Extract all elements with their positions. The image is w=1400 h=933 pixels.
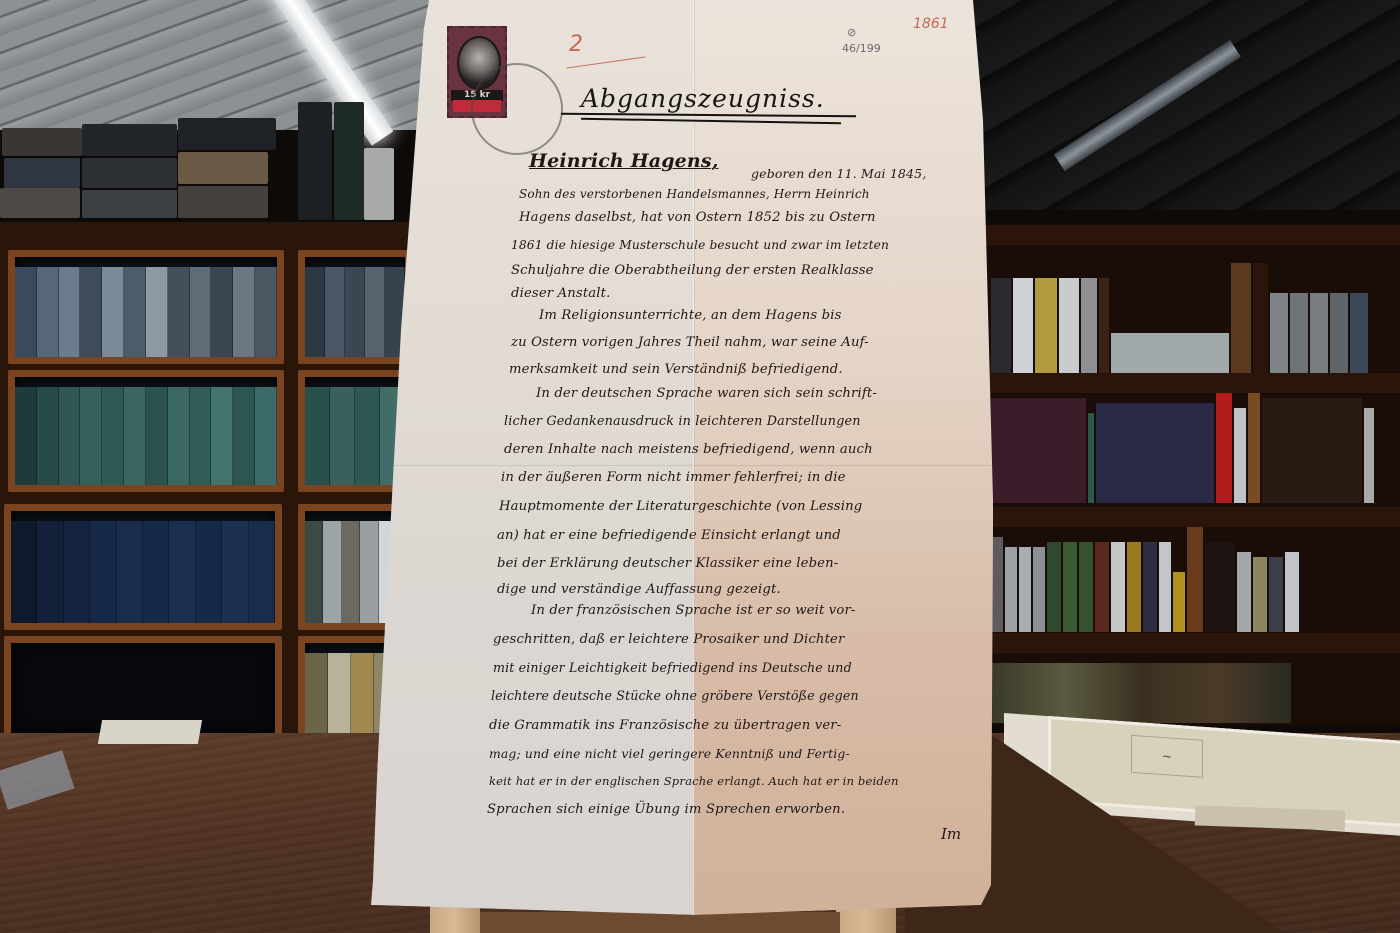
text-line: In der französischen Sprache ist er so w… [531,603,856,618]
folder-label: ~ [1131,735,1203,778]
text-line: Schuljahre die Oberabtheilung der ersten… [511,263,874,278]
text-line: die Grammatik ins Französische zu übertr… [489,718,841,733]
bookcase-cell [8,250,284,364]
text-line: dige und verständige Auffassung gezeigt. [497,582,781,597]
text-line: bei der Erklärung deutscher Klassiker ei… [497,556,838,571]
paper-stack [98,720,202,744]
text-line: In der deutschen Sprache waren sich sein… [536,386,877,401]
handwritten-document: 15 kr 2 1861 ⊘ 46/199 Abgangszeugniss. H… [371,0,996,915]
text-line: Sohn des verstorbenen Handelsmannes, Her… [519,187,870,201]
text-line: deren Inhalte nach meistens befriedigend… [504,442,873,457]
text-line: merksamkeit und sein Verständniß befried… [509,362,843,377]
bookcase-left [0,222,410,742]
text-line: mit einiger Leichtigkeit befriedigend in… [493,660,852,675]
name-heading: Heinrich Hagens, [529,150,718,172]
bookcase-cell [4,504,282,630]
text-line: geboren den 11. Mai 1845, [751,166,926,181]
text-line: Hagens daselbst, hat von Ostern 1852 bis… [519,210,876,225]
text-line: 1861 die hiesige Musterschule besucht un… [511,238,889,252]
text-line: zu Ostern vorigen Jahres Theil nahm, war… [511,335,869,350]
text-line: Im Religionsunterrichte, an dem Hagens b… [539,308,842,323]
text-line: in der äußeren Form nicht immer fehlerfr… [501,470,846,485]
catchword: Im [941,825,961,843]
ceiling-right [960,0,1400,210]
document-body: Heinrich Hagens, geboren den 11. Mai 184… [371,0,996,915]
text-line: dieser Anstalt. [511,286,610,301]
bookcase-cell [298,250,412,364]
text-line: Sprachen sich einige Übung im Sprechen e… [487,802,845,817]
text-line: keit hat er in der englischen Sprache er… [489,774,899,788]
easel-leg-left [430,905,480,933]
text-line: an) hat er eine befriedigende Einsicht e… [497,528,841,543]
text-line: Hauptmomente der Literaturgeschichte (vo… [499,499,862,514]
text-line: mag; und eine nicht viel geringere Kennt… [489,746,850,761]
text-line: geschritten, daß er leichtere Prosaiker … [493,632,844,647]
text-line: leichtere deutsche Stücke ohne gröbere V… [491,688,859,703]
bookcase-right [985,225,1400,725]
archive-boxes [0,118,415,228]
photo-scene: ~ 15 kr 2 1861 ⊘ 46/199 Abgangszeugniss.… [0,0,1400,933]
bookcase-cell [8,370,284,492]
easel-ledge [480,912,840,933]
text-line: licher Gedankenausdruck in leichteren Da… [504,414,861,429]
